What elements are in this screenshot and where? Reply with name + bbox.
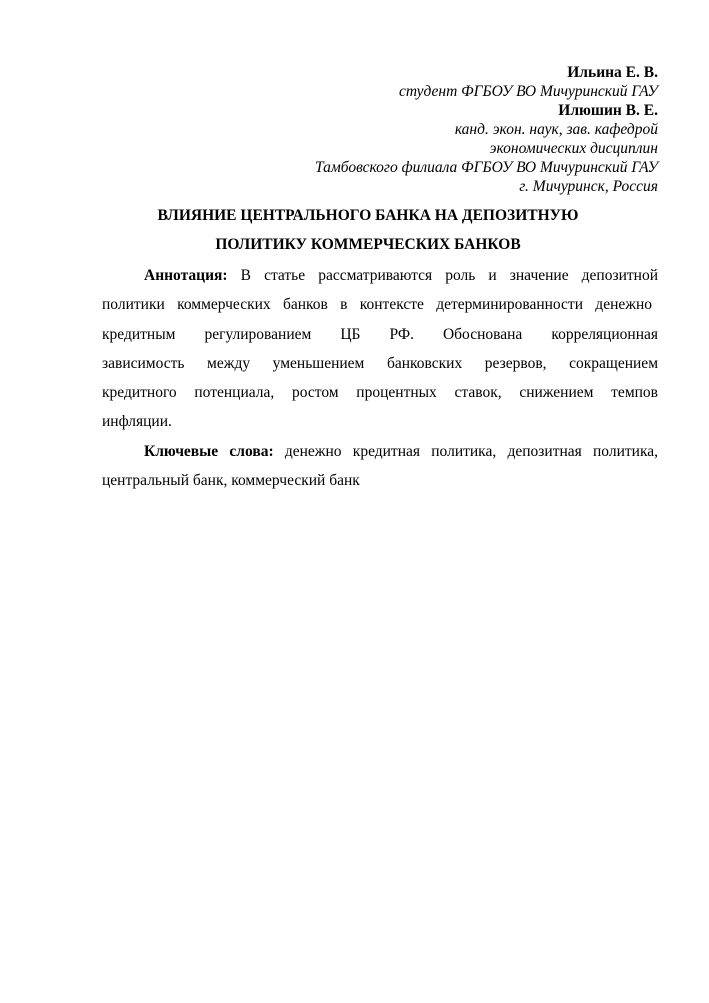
- paper-title: ВЛИЯНИЕ ЦЕНТРАЛЬНОГО БАНКА НА ДЕПОЗИТНУЮ…: [102, 201, 658, 259]
- abstract-line: кредитным регулированием ЦБ РФ. Обоснова…: [102, 320, 658, 349]
- abstract-line: Аннотация: В статье рассматриваются роль…: [102, 261, 658, 290]
- author-block: Ильина Е. В. студент ФГБОУ ВО Мичурински…: [102, 63, 658, 196]
- author-location: г. Мичуринск, Россия: [102, 177, 658, 196]
- author-affiliation: Тамбовского филиала ФГБОУ ВО Мичуринский…: [102, 158, 658, 177]
- author-affiliation: студент ФГБОУ ВО Мичуринский ГАУ: [102, 82, 658, 101]
- abstract-line: зависимость между уменьшением банковских…: [102, 349, 658, 378]
- author-name: Илюшин В. Е.: [102, 101, 658, 120]
- author-affiliation: экономических дисциплин: [102, 139, 658, 158]
- title-line: ВЛИЯНИЕ ЦЕНТРАЛЬНОГО БАНКА НА ДЕПОЗИТНУЮ: [102, 201, 634, 230]
- abstract: Аннотация: В статье рассматриваются роль…: [102, 261, 658, 437]
- abstract-label: Аннотация:: [144, 267, 228, 284]
- title-line: ПОЛИТИКУ КОММЕРЧЕСКИХ БАНКОВ: [102, 230, 634, 259]
- document-page: Ильина Е. В. студент ФГБОУ ВО Мичурински…: [102, 63, 658, 495]
- abstract-line: кредитного потенциала, ростом процентных…: [102, 378, 658, 407]
- keywords-line: центральный банк, коммерческий банк: [102, 466, 658, 495]
- keywords-label: Ключевые слова:: [144, 443, 274, 460]
- keywords: Ключевые слова: денежно кредитная полити…: [102, 437, 658, 496]
- abstract-line: политики коммерческих банков в контексте…: [102, 290, 658, 319]
- author-affiliation: канд. экон. наук, зав. кафедрой: [102, 120, 658, 139]
- author-name: Ильина Е. В.: [102, 63, 658, 82]
- abstract-line: инфляции.: [102, 407, 658, 436]
- keywords-line: Ключевые слова: денежно кредитная полити…: [102, 437, 658, 466]
